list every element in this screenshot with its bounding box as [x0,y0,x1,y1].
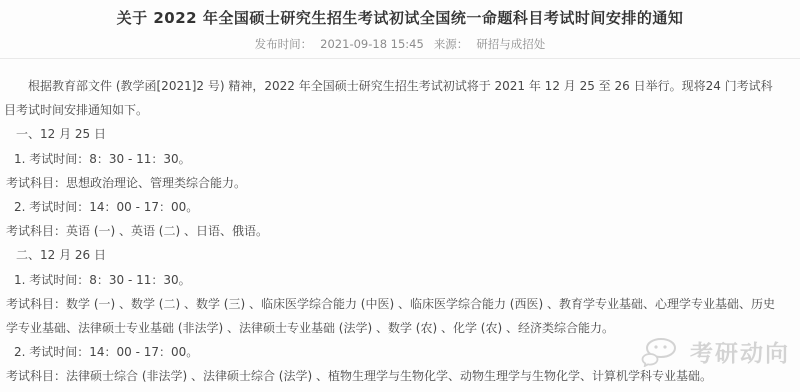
publish-time-value: 2021-09-18 15:45 [320,37,424,51]
source-label: 来源： [434,37,469,51]
section-1-exam-time-1: 1. 考试时间：8：30 - 11：30。 [4,147,782,171]
chat-bubbles-icon [641,337,685,367]
section-1-exam-subjects-2: 考试科目：英语 (一) 、英语 (二) 、日语、俄语。 [4,219,782,243]
source-value: 研招与成招处 [476,37,545,51]
page-title: 关于 2022 年全国硕士研究生招生考试初试全国统一命题科目考试时间安排的通知 [0,0,800,28]
section-2-heading: 二、12 月 26 日 [4,243,782,267]
section-2-exam-subjects-2: 考试科目：法律硕士综合 (非法学) 、法律硕士综合 (法学) 、植物生理学与生物… [4,364,782,388]
section-1-exam-subjects-1: 考试科目：思想政治理论、管理类综合能力。 [4,171,782,195]
watermark-text: 考研动向 [690,335,790,368]
section-2-exam-time-1: 1. 考试时间：8：30 - 11：30。 [4,268,782,292]
publish-time-label: 发布时间： [255,37,313,51]
notice-article-page: 关于 2022 年全国硕士研究生招生考试初试全国统一命题科目考试时间安排的通知 … [0,0,800,392]
intro-paragraph: 根据教育部文件 (教学函[2021]2 号) 精神，2022 年全国硕士研究生招… [4,74,782,122]
section-1-heading: 一、12 月 25 日 [4,122,782,146]
article-meta: 发布时间：2021-09-18 15:45来源：研招与成招处 [0,37,800,51]
watermark: 考研动向 [641,335,790,368]
section-2-exam-subjects-1: 考试科目：数学 (一) 、数学 (二) 、数学 (三) 、临床医学综合能力 (中… [4,292,782,340]
section-1-exam-time-2: 2. 考试时间：14：00 - 17：00。 [4,195,782,219]
